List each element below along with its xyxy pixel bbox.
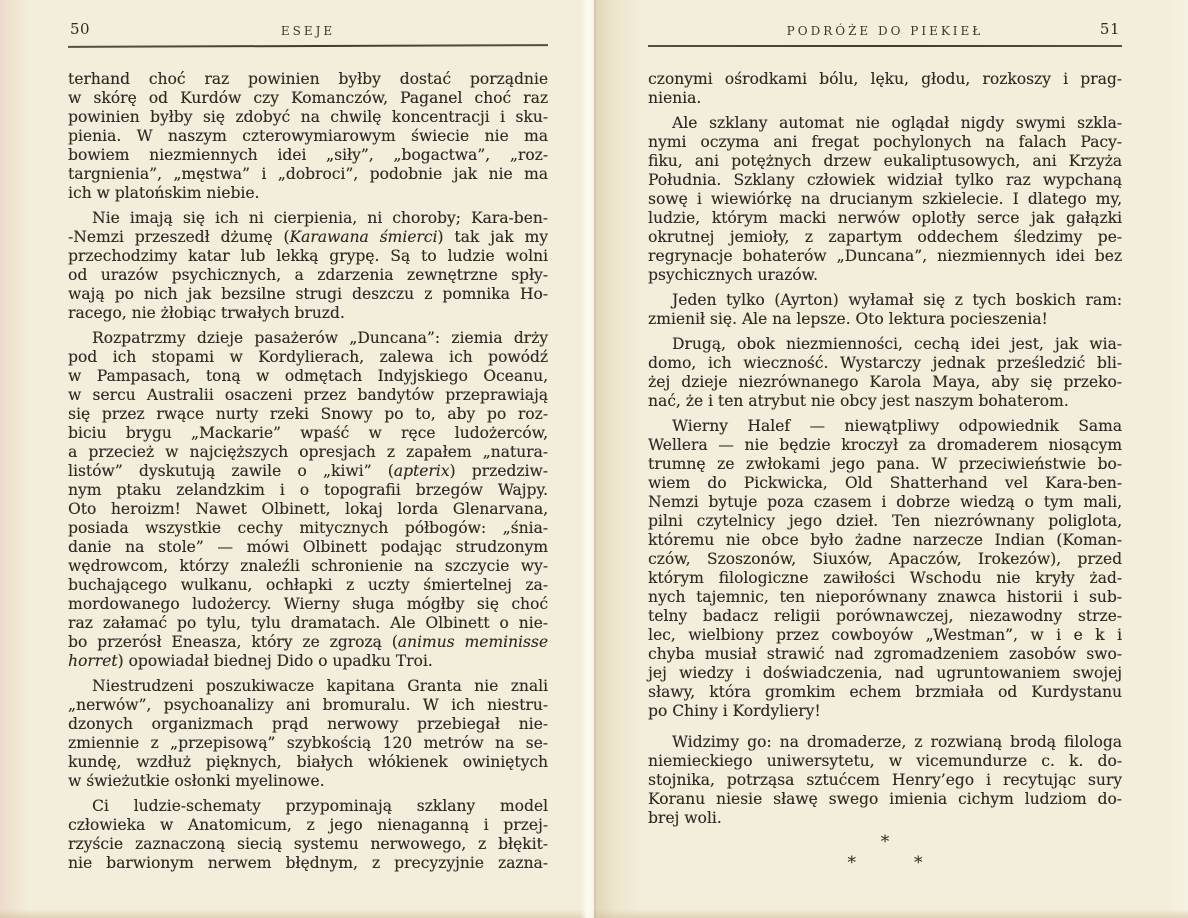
text-line: w Pampasach, toną w odmętach Indyjskiego…: [68, 367, 548, 386]
text-line: któremu nie obce było żadne narzecze Ind…: [648, 531, 1122, 550]
text-line: nać, że i ten atrybut nie obcy jest nasz…: [648, 392, 1122, 411]
text-line: regrynacje bohaterów „Duncana”, niezmien…: [648, 247, 1122, 266]
running-title-right: PODRÓŻE DO PIEKIEŁ: [648, 24, 1122, 38]
text-line: sowę i wiewiórkę na drucianym szkielecie…: [648, 190, 1122, 209]
paragraph: Wierny Halef — niewątpliwy odpowiednik S…: [648, 417, 1122, 721]
text-line: nym ptaku zelandzkim i o topografii brze…: [68, 481, 548, 500]
text-line: horret) opowiadał biednej Dido o upadku …: [68, 652, 548, 671]
paragraph: Rozpatrzmy dzieje pasażerów „Duncana”: z…: [68, 329, 548, 671]
text-line: nymi oczyma ani fregat pochylonych na fa…: [648, 133, 1122, 152]
text-line: targnienia”, „męstwa” i „dobroci”, podob…: [68, 165, 548, 184]
header-rule-right: [648, 45, 1122, 47]
text-line: Ale szklany automat nie oglądał nigdy sw…: [648, 114, 1122, 133]
text-line: biciu brygu „Mackarie” wpaść w ręce ludo…: [68, 424, 548, 443]
text-line: Rozpatrzmy dzieje pasażerów „Duncana”: z…: [68, 329, 548, 348]
text-line: stojnika, potrząsa sztućcem Henry’ego i …: [648, 771, 1122, 790]
text-line: wędrowcom, którzy znaleźli schronienie n…: [68, 557, 548, 576]
text-line: Drugą, obok niezmienności, cechą idei je…: [648, 335, 1122, 354]
spine-shadow: [596, 0, 642, 918]
text-line: od urazów psychicznych, a zdarzenia zewn…: [68, 266, 548, 285]
text-line: w skórę od Kurdów czy Komanczów, Paganel…: [68, 89, 548, 108]
text-line: ludzie, którym macki nerwów oplotły serc…: [648, 209, 1122, 228]
text-line: po Chiny i Kordyliery!: [648, 702, 1122, 721]
text-line: Koranu niesie sławę swego imienia cichym…: [648, 790, 1122, 809]
asterism-top: *: [648, 832, 1122, 852]
book-spread: { "colors": { "paper": "#f3eedb", "ink":…: [0, 0, 1188, 918]
text-line: ich w platońskim niebie.: [68, 184, 548, 203]
paragraph: Widzimy go: na dromaderze, z rozwianą br…: [648, 733, 1122, 828]
text-line: danie na stole” — mówi Olbinett podając …: [68, 538, 548, 557]
text-line: posiada wszystkie cechy mitycznych półbo…: [68, 519, 548, 538]
text-line: Południa. Szklany człowiek widział tylko…: [648, 171, 1122, 190]
text-line: a przecież w najcięższych opresjach z za…: [68, 443, 548, 462]
text-line: bowiem niezmiennych idei „siły”, „bogact…: [68, 146, 548, 165]
text-line: nie barwionym nerwem błędnym, z precyzyj…: [68, 854, 548, 873]
paragraph: Ci ludzie-schematy przypominają szklany …: [68, 797, 548, 873]
text-line: Wellera — nie będzie kroczył za dromader…: [648, 436, 1122, 455]
asterism-bottom: * *: [648, 853, 1122, 873]
text-line: jej wiedzy i doświadczenia, nad ugruntow…: [648, 664, 1122, 683]
text-line: raz załamać po tylu, tylu dramatach. Ale…: [68, 614, 548, 633]
page-body-right: czonymi ośrodkami bólu, lęku, głodu, roz…: [648, 70, 1122, 828]
text-line: „nerwów”, psychoanalizy ani bromuralu. W…: [68, 696, 548, 715]
text-line: -Nemzi przeszedł dżumę (Karawana śmierci…: [68, 228, 548, 247]
paragraph: Niestrudzeni poszukiwacze kapitana Grant…: [68, 677, 548, 791]
text-line: którym filologiczne zawiłości Wschodu ni…: [648, 569, 1122, 588]
text-line: Widzimy go: na dromaderze, z rozwianą br…: [648, 733, 1122, 752]
text-line: kundę, wzdłuż pięknych, białych włókiene…: [68, 753, 548, 772]
text-line: mordowanego ludożercy. Wierny sługa mógł…: [68, 595, 548, 614]
text-line: racego, nie żłobiąc trwałych bruzd.: [68, 304, 548, 323]
text-line: rzyście zaznaczoną siecią systemu nerwow…: [68, 835, 548, 854]
asterism: * * *: [648, 832, 1122, 873]
text-line: przechodzimy katar lub lekką grypę. Są t…: [68, 247, 548, 266]
text-line: psychicznych urazów.: [648, 266, 1122, 285]
text-line: się przez rwące nurty rzeki Snowy po to,…: [68, 405, 548, 424]
running-header-right: PODRÓŻE DO PIEKIEŁ 51: [648, 20, 1122, 48]
text-line: okrutnej jemioły, z zapartym oddechem śl…: [648, 228, 1122, 247]
text-line: czonymi ośrodkami bólu, lęku, głodu, roz…: [648, 70, 1122, 89]
text-line: sławy, która gromkim echem brzmiała od K…: [648, 683, 1122, 702]
text-line: pod ich stopami w Kordylierach, zalewa i…: [68, 348, 548, 367]
text-line: Nemzi bytuje poza czasem i dobrze wiedzą…: [648, 493, 1122, 512]
text-line: Oto heroizm! Nawet Olbinett, lokaj lorda…: [68, 500, 548, 519]
text-line: zmienił się. Ale na lepsze. Oto lektura …: [648, 310, 1122, 329]
paragraph: Nie imają się ich ni cierpienia, ni chor…: [68, 209, 548, 323]
text-line: zmiennie z „przepisową” szybkością 120 m…: [68, 734, 548, 753]
text-line: wają po nich jak bezsilne strugi deszczu…: [68, 285, 548, 304]
text-line: czów, Szoszonów, Siuxów, Apaczów, Irokez…: [648, 550, 1122, 569]
running-title-left: ESEJE: [68, 24, 548, 38]
text-line: Jeden tylko (Ayrton) wyłamał się z tych …: [648, 291, 1122, 310]
asterisk-icon: *: [914, 853, 923, 873]
paragraph: terhand choć raz powinien byłby dostać p…: [68, 70, 548, 203]
text-line: Nie imają się ich ni cierpienia, ni chor…: [68, 209, 548, 228]
paragraph: czonymi ośrodkami bólu, lęku, głodu, roz…: [648, 70, 1122, 108]
asterisk-icon: *: [848, 853, 857, 873]
text-line: listów” dyskutują zawile o „kiwi” (apter…: [68, 462, 548, 481]
text-line: chyba musiał strawić nad zgromadzeniem z…: [648, 645, 1122, 664]
text-line: Niestrudzeni poszukiwacze kapitana Grant…: [68, 677, 548, 696]
asterisk-icon: *: [881, 832, 890, 852]
text-line: telny badacz religii porównawczej, nieza…: [648, 607, 1122, 626]
text-line: żej dzieje niezrównanego Karola Maya, ab…: [648, 373, 1122, 392]
paragraph: Ale szklany automat nie oglądał nigdy sw…: [648, 114, 1122, 285]
text-line: domo, ich wieczność. Wystarczy jednak pr…: [648, 354, 1122, 373]
text-line: pienia. W naszym czterowymiarowym świeci…: [68, 127, 548, 146]
text-line: terhand choć raz powinien byłby dostać p…: [68, 70, 548, 89]
text-line: wiem do Pickwicka, Old Shatterhand vel K…: [648, 474, 1122, 493]
paragraph: Jeden tylko (Ayrton) wyłamał się z tych …: [648, 291, 1122, 329]
text-line: nienia.: [648, 89, 1122, 108]
text-line: Ci ludzie-schematy przypominają szklany …: [68, 797, 548, 816]
text-line: bo przerósł Eneasza, który ze zgrozą (an…: [68, 633, 548, 652]
text-line: powinien byłby się zdobyć na chwilę konc…: [68, 108, 548, 127]
text-line: w świeżutkie osłonki myelinowe.: [68, 772, 548, 791]
page-number-right: 51: [1100, 20, 1120, 38]
text-line: buchającego wulkanu, ochłapki z uczty śm…: [68, 576, 548, 595]
scan-right-edge: [1166, 0, 1188, 918]
scan-left-edge: [0, 0, 30, 918]
text-line: niemieckiego uniwersytetu, w vicemundurz…: [648, 752, 1122, 771]
text-line: trumnę ze zwłokami jego pana. W przeciwi…: [648, 455, 1122, 474]
text-line: brej woli.: [648, 809, 1122, 828]
text-line: pilni czytelnicy jego dzieł. Ten niezrów…: [648, 512, 1122, 531]
page-body-left: terhand choć raz powinien byłby dostać p…: [68, 70, 548, 873]
text-line: lec, wielbiony przez cowboyów „Westman”,…: [648, 626, 1122, 645]
text-line: człowieka w Anatomicum, z jego nienagann…: [68, 816, 548, 835]
paragraph: Drugą, obok niezmienności, cechą idei je…: [648, 335, 1122, 411]
text-line: Wierny Halef — niewątpliwy odpowiednik S…: [648, 417, 1122, 436]
text-line: fiku, ani potężnych drzew eukaliptusowyc…: [648, 152, 1122, 171]
text-line: dzonych organizmach prąd nerwowy przebie…: [68, 715, 548, 734]
text-line: w sercu Australii osaczeni przez bandytó…: [68, 386, 548, 405]
text-line: nych tajemnic, ten nieporównany znawca h…: [648, 588, 1122, 607]
